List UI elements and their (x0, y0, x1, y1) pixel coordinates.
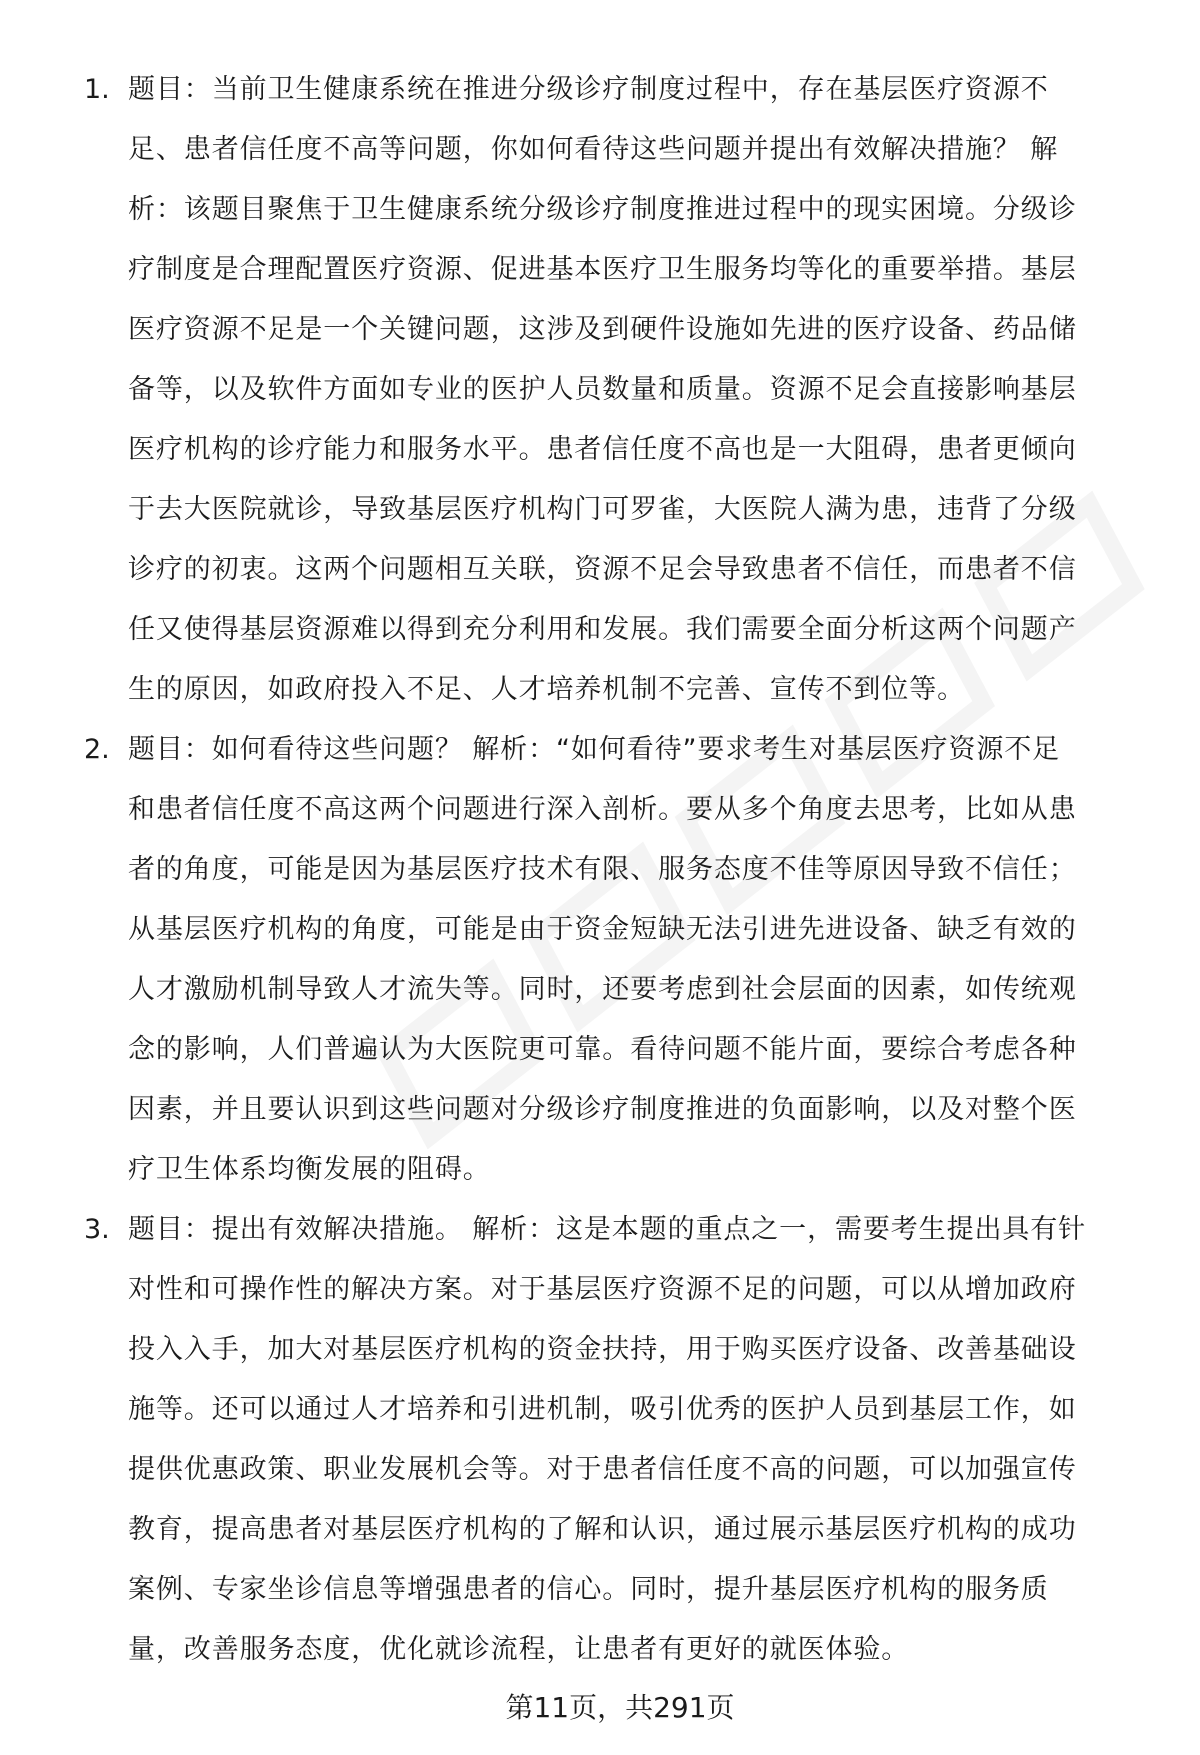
text-line: 备等，以及软件方面如专业的医护人员数量和质量。资源不足会直接影响基层 (128, 360, 1077, 420)
text-line: 者的角度，可能是因为基层医疗技术有限、服务态度不佳等原因导致不信任； (128, 840, 1077, 900)
text-line: 念的影响，人们普遍认为大医院更可靠。看待问题不能片面，要综合考虑各种 (128, 1020, 1077, 1080)
text-line: 生的原因，如政府投入不足、人才培养机制不完善、宣传不到位等。 (128, 660, 965, 720)
text-line: 对性和可操作性的解决方案。对于基层医疗资源不足的问题，可以从增加政府 (128, 1260, 1077, 1320)
text-line: 因素，并且要认识到这些问题对分级诊疗制度推进的负面影响，以及对整个医 (128, 1080, 1077, 1140)
text-line: 足、患者信任度不高等问题，你如何看待这些问题并提出有效解决措施？ 解 (128, 120, 1058, 180)
page-indicator: 第11页，共291页 (0, 1678, 1200, 1738)
text-line: 题目：当前卫生健康系统在推进分级诊疗制度过程中，存在基层医疗资源不 (128, 60, 1049, 120)
text-line: 案例、专家坐诊信息等增强患者的信心。同时，提升基层医疗机构的服务质 (128, 1560, 1049, 1620)
text-line: 施等。还可以通过人才培养和引进机制，吸引优秀的医护人员到基层工作，如 (128, 1380, 1077, 1440)
list-number: 3. (84, 1200, 110, 1260)
text-line: 任又使得基层资源难以得到充分利用和发展。我们需要全面分析这两个问题产 (128, 600, 1077, 660)
text-line: 医疗机构的诊疗能力和服务水平。患者信任度不高也是一大阻碍，患者更倾向 (128, 420, 1077, 480)
document-page: 1. 题目：当前卫生健康系统在推进分级诊疗制度过程中，存在基层医疗资源不 足、患… (0, 0, 1200, 1755)
text-line: 投入入手，加大对基层医疗机构的资金扶持，用于购买医疗设备、改善基础设 (128, 1320, 1077, 1380)
text-line: 和患者信任度不高这两个问题进行深入剖析。要从多个角度去思考，比如从患 (128, 780, 1077, 840)
text-line: 于去大医院就诊，导致基层医疗机构门可罗雀，大医院人满为患，违背了分级 (128, 480, 1077, 540)
text-line: 医疗资源不足是一个关键问题，这涉及到硬件设施如先进的医疗设备、药品储 (128, 300, 1077, 360)
text-line: 量，改善服务态度，优化就诊流程，让患者有更好的就医体验。 (128, 1620, 909, 1680)
text-line: 析：该题目聚焦于卫生健康系统分级诊疗制度推进过程中的现实困境。分级诊 (128, 180, 1077, 240)
text-line: 诊疗的初衷。这两个问题相互关联，资源不足会导致患者不信任，而患者不信 (128, 540, 1077, 600)
list-number: 1. (84, 60, 110, 120)
text-line: 题目：提出有效解决措施。 解析：这是本题的重点之一，需要考生提出具有针 (128, 1200, 1086, 1260)
list-number: 2. (84, 720, 110, 780)
text-line: 题目：如何看待这些问题？ 解析：“如何看待”要求考生对基层医疗资源不足 (128, 720, 1060, 780)
text-line: 教育，提高患者对基层医疗机构的了解和认识，通过展示基层医疗机构的成功 (128, 1500, 1077, 1560)
text-line: 疗卫生体系均衡发展的阻碍。 (128, 1140, 491, 1200)
text-line: 疗制度是合理配置医疗资源、促进基本医疗卫生服务均等化的重要举措。基层 (128, 240, 1077, 300)
text-line: 提供优惠政策、职业发展机会等。对于患者信任度不高的问题，可以加强宣传 (128, 1440, 1077, 1500)
text-line: 人才激励机制导致人才流失等。同时，还要考虑到社会层面的因素，如传统观 (128, 960, 1077, 1020)
text-line: 从基层医疗机构的角度，可能是由于资金短缺无法引进先进设备、缺乏有效的 (128, 900, 1077, 960)
